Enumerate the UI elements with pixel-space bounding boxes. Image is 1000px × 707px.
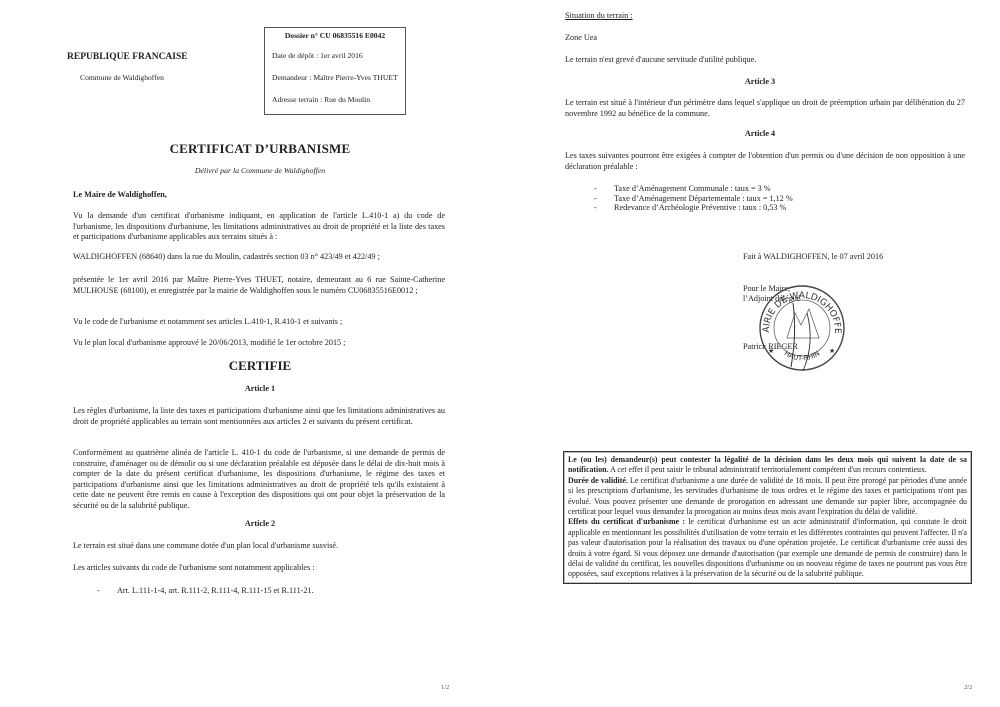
- dossier-box: Dossier n° CU 06835516 E0042 Date de dép…: [264, 27, 406, 115]
- vu-code: Vu le code de l'urbanisme et notamment s…: [73, 317, 445, 328]
- notice-duree: Durée de validité. Le certificat d'urban…: [568, 476, 967, 518]
- zone: Zone Uea: [565, 33, 597, 44]
- mairie-stamp-icon: MAIRIE DE WALDIGHOFFEN HAUT-RHIN ★ ★: [757, 283, 847, 373]
- article-2-para-1: Le terrain est situé dans une commune do…: [73, 541, 445, 552]
- notice-duree-text: Le certificat d'urbanisme a une durée de…: [568, 476, 967, 516]
- situation-label: Situation du terrain :: [565, 11, 633, 22]
- article-3-heading: Article 3: [560, 77, 960, 86]
- tax-item: Taxe d’Aménagement Départementale : taux…: [592, 194, 952, 204]
- svg-text:★: ★: [829, 347, 835, 355]
- adresse-terrain: Adresse terrain : Rue du Moulin: [272, 95, 370, 104]
- svg-text:HAUT-RHIN: HAUT-RHIN: [783, 349, 822, 362]
- republic-heading: REPUBLIQUE FRANCAISE: [67, 52, 188, 62]
- article-3-para: Le terrain est situé à l'intérieur d'un …: [565, 98, 965, 119]
- page-1: REPUBLIQUE FRANCAISE Commune de Waldigho…: [0, 0, 500, 707]
- place-date: Fait à WALDIGHOFFEN, le 07 avril 2016: [743, 252, 883, 263]
- vu-demande: Vu la demande d'un certificat d'urbanism…: [73, 211, 445, 243]
- date-depot: Date de dépôt : 1er avril 2016: [272, 51, 363, 60]
- article-4-para: Les taxes suivantes pourront être exigée…: [565, 151, 965, 172]
- commune-name: Commune de Waldighoffen: [80, 73, 164, 84]
- article-4-heading: Article 4: [560, 129, 960, 138]
- article-2-heading: Article 2: [60, 519, 460, 528]
- tax-list: Taxe d’Aménagement Communale : taux = 3 …: [592, 184, 952, 213]
- page-2: Situation du terrain : Zone Uea Le terra…: [500, 0, 1000, 707]
- document-title: CERTIFICAT D’URBANISME: [60, 141, 460, 157]
- legal-notice-box: Le (ou les) demandeur(s) peut contester …: [563, 451, 972, 584]
- svg-text:MAIRIE DE WALDIGHOFFEN: MAIRIE DE WALDIGHOFFEN: [757, 283, 842, 334]
- presentee: présentée le 1er avril 2016 par Maître P…: [73, 275, 445, 296]
- article-1-para-1: Les règles d'urbanisme, la liste des tax…: [73, 406, 445, 427]
- list-item: Art. L.111-1-4, art. R.111-2, R.111-4, R…: [95, 586, 435, 597]
- dossier-number: Dossier n° CU 06835516 E0042: [265, 31, 405, 40]
- page-number: 2/2: [964, 684, 972, 691]
- notice-effets-bold: Effets du certificat d'urbanisme :: [568, 517, 685, 526]
- svg-text:★: ★: [768, 347, 774, 355]
- article-1-para-2: Conformément au quatrième alinéa de l'ar…: [73, 448, 445, 512]
- notice-effets-text: le certificat d'urbanisme est un acte ad…: [568, 517, 967, 578]
- tax-item: Taxe d’Aménagement Communale : taux = 3 …: [592, 184, 952, 194]
- notice-recours: Le (ou les) demandeur(s) peut contester …: [568, 455, 967, 476]
- notice-recours-text: A cet effet il peut saisir le tribunal a…: [609, 465, 927, 474]
- article-1-heading: Article 1: [60, 384, 460, 393]
- vu-plan: Vu le plan local d'urbanisme approuvé le…: [73, 338, 445, 349]
- article-2-list: Art. L.111-1-4, art. R.111-2, R.111-4, R…: [95, 586, 435, 597]
- tax-item: Redevance d’Archéologie Préventive : tau…: [592, 203, 952, 213]
- certifie-heading: CERTIFIE: [60, 358, 460, 374]
- notice-duree-bold: Durée de validité.: [568, 476, 628, 485]
- article-2-para-2: Les articles suivants du code de l'urban…: [73, 563, 445, 574]
- maire-heading: Le Maire de Waldighoffen,: [73, 190, 167, 201]
- location: WALDIGHOFFEN (68640) dans la rue du Moul…: [73, 252, 445, 263]
- servitude: Le terrain n'est grevé d'aucune servitud…: [565, 55, 756, 66]
- demandeur: Demandeur : Maître Pierre-Yves THUET: [272, 73, 398, 82]
- notice-effets: Effets du certificat d'urbanisme : le ce…: [568, 517, 967, 579]
- page-number: 1/2: [441, 684, 449, 691]
- document-subtitle: Délivré par la Commune de Waldighoffen: [60, 166, 460, 177]
